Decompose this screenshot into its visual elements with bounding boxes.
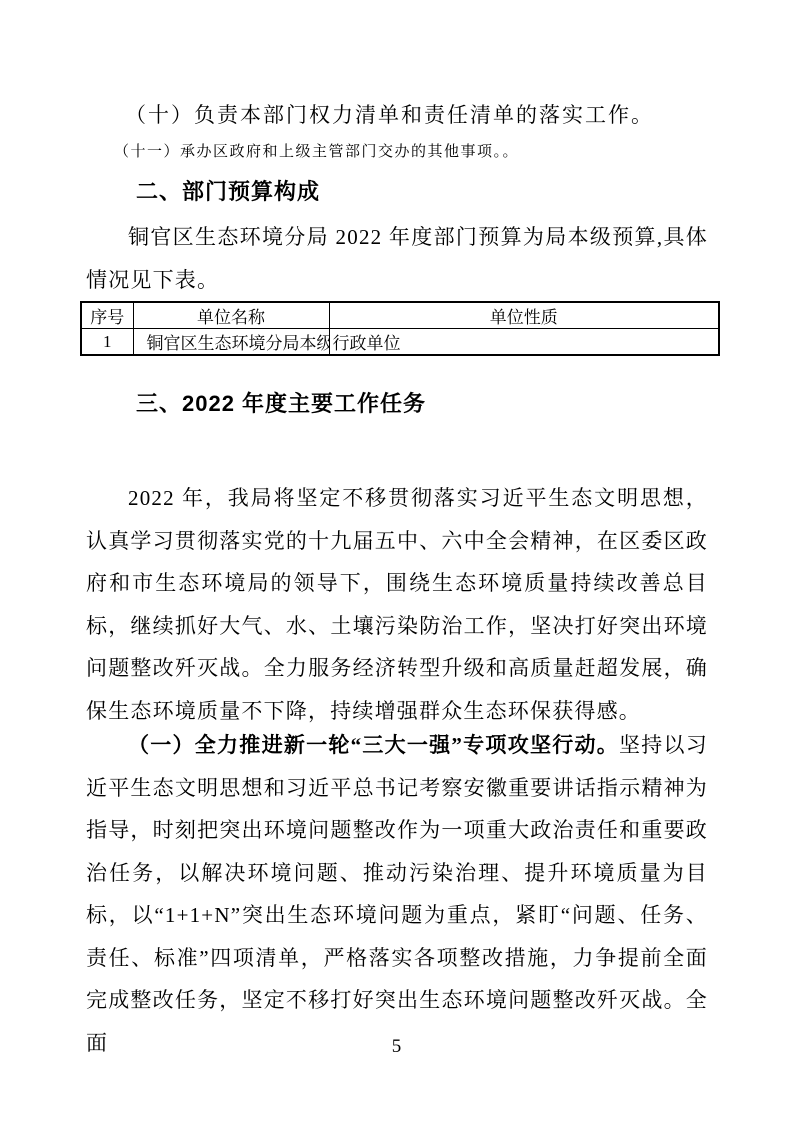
section-heading-budget-composition: 二、部门预算构成 [86,176,726,208]
tasks-item-one-paragraph: （一）全力推进新一轮“三大一强”专项攻坚行动。坚持以习近平生态文明思想和习近平总… [86,724,708,1064]
table-header-serial-number: 序号 [81,302,133,329]
budget-intro-paragraph: 铜官区生态环境分局 2022 年度部门预算为局本级预算,具体情况见下表。 [86,216,708,301]
section-heading-main-tasks: 三、2022 年度主要工作任务 [86,388,726,420]
tasks-item-one-body: 坚持以习近平生态文明思想和习近平总书记考察安徽重要讲话指示精神为指导，时刻把突出… [86,733,708,1055]
tasks-item-one-title: （一）全力推进新一轮“三大一强”专项攻坚行动。 [128,733,619,757]
table-cell-unit-type: 行政单位 [329,329,719,356]
document-page: （十）负责本部门权力清单和责任清单的落实工作。 （十一）承办区政府和上级主管部门… [0,0,793,1122]
tasks-overview-paragraph: 2022 年，我局将坚定不移贯彻落实习近平生态文明思想，认真学习贯彻落实党的十九… [86,477,708,732]
table-header-unit-name: 单位名称 [133,302,329,329]
table-cell-serial-number: 1 [81,329,133,356]
duty-item-eleven: （十一）承办区政府和上级主管部门交办的其他事项。。 [86,140,726,164]
table-header-row: 序号 单位名称 单位性质 [81,302,719,329]
table-row: 1 铜官区生态环境分局本级 行政单位 [81,329,719,356]
budget-units-table: 序号 单位名称 单位性质 1 铜官区生态环境分局本级 行政单位 [80,301,720,356]
table-cell-unit-name: 铜官区生态环境分局本级 [133,329,329,356]
duty-item-ten: （十）负责本部门权力清单和责任清单的落实工作。 [86,94,726,137]
page-number: 5 [0,1036,793,1058]
table-header-unit-type: 单位性质 [329,302,719,329]
